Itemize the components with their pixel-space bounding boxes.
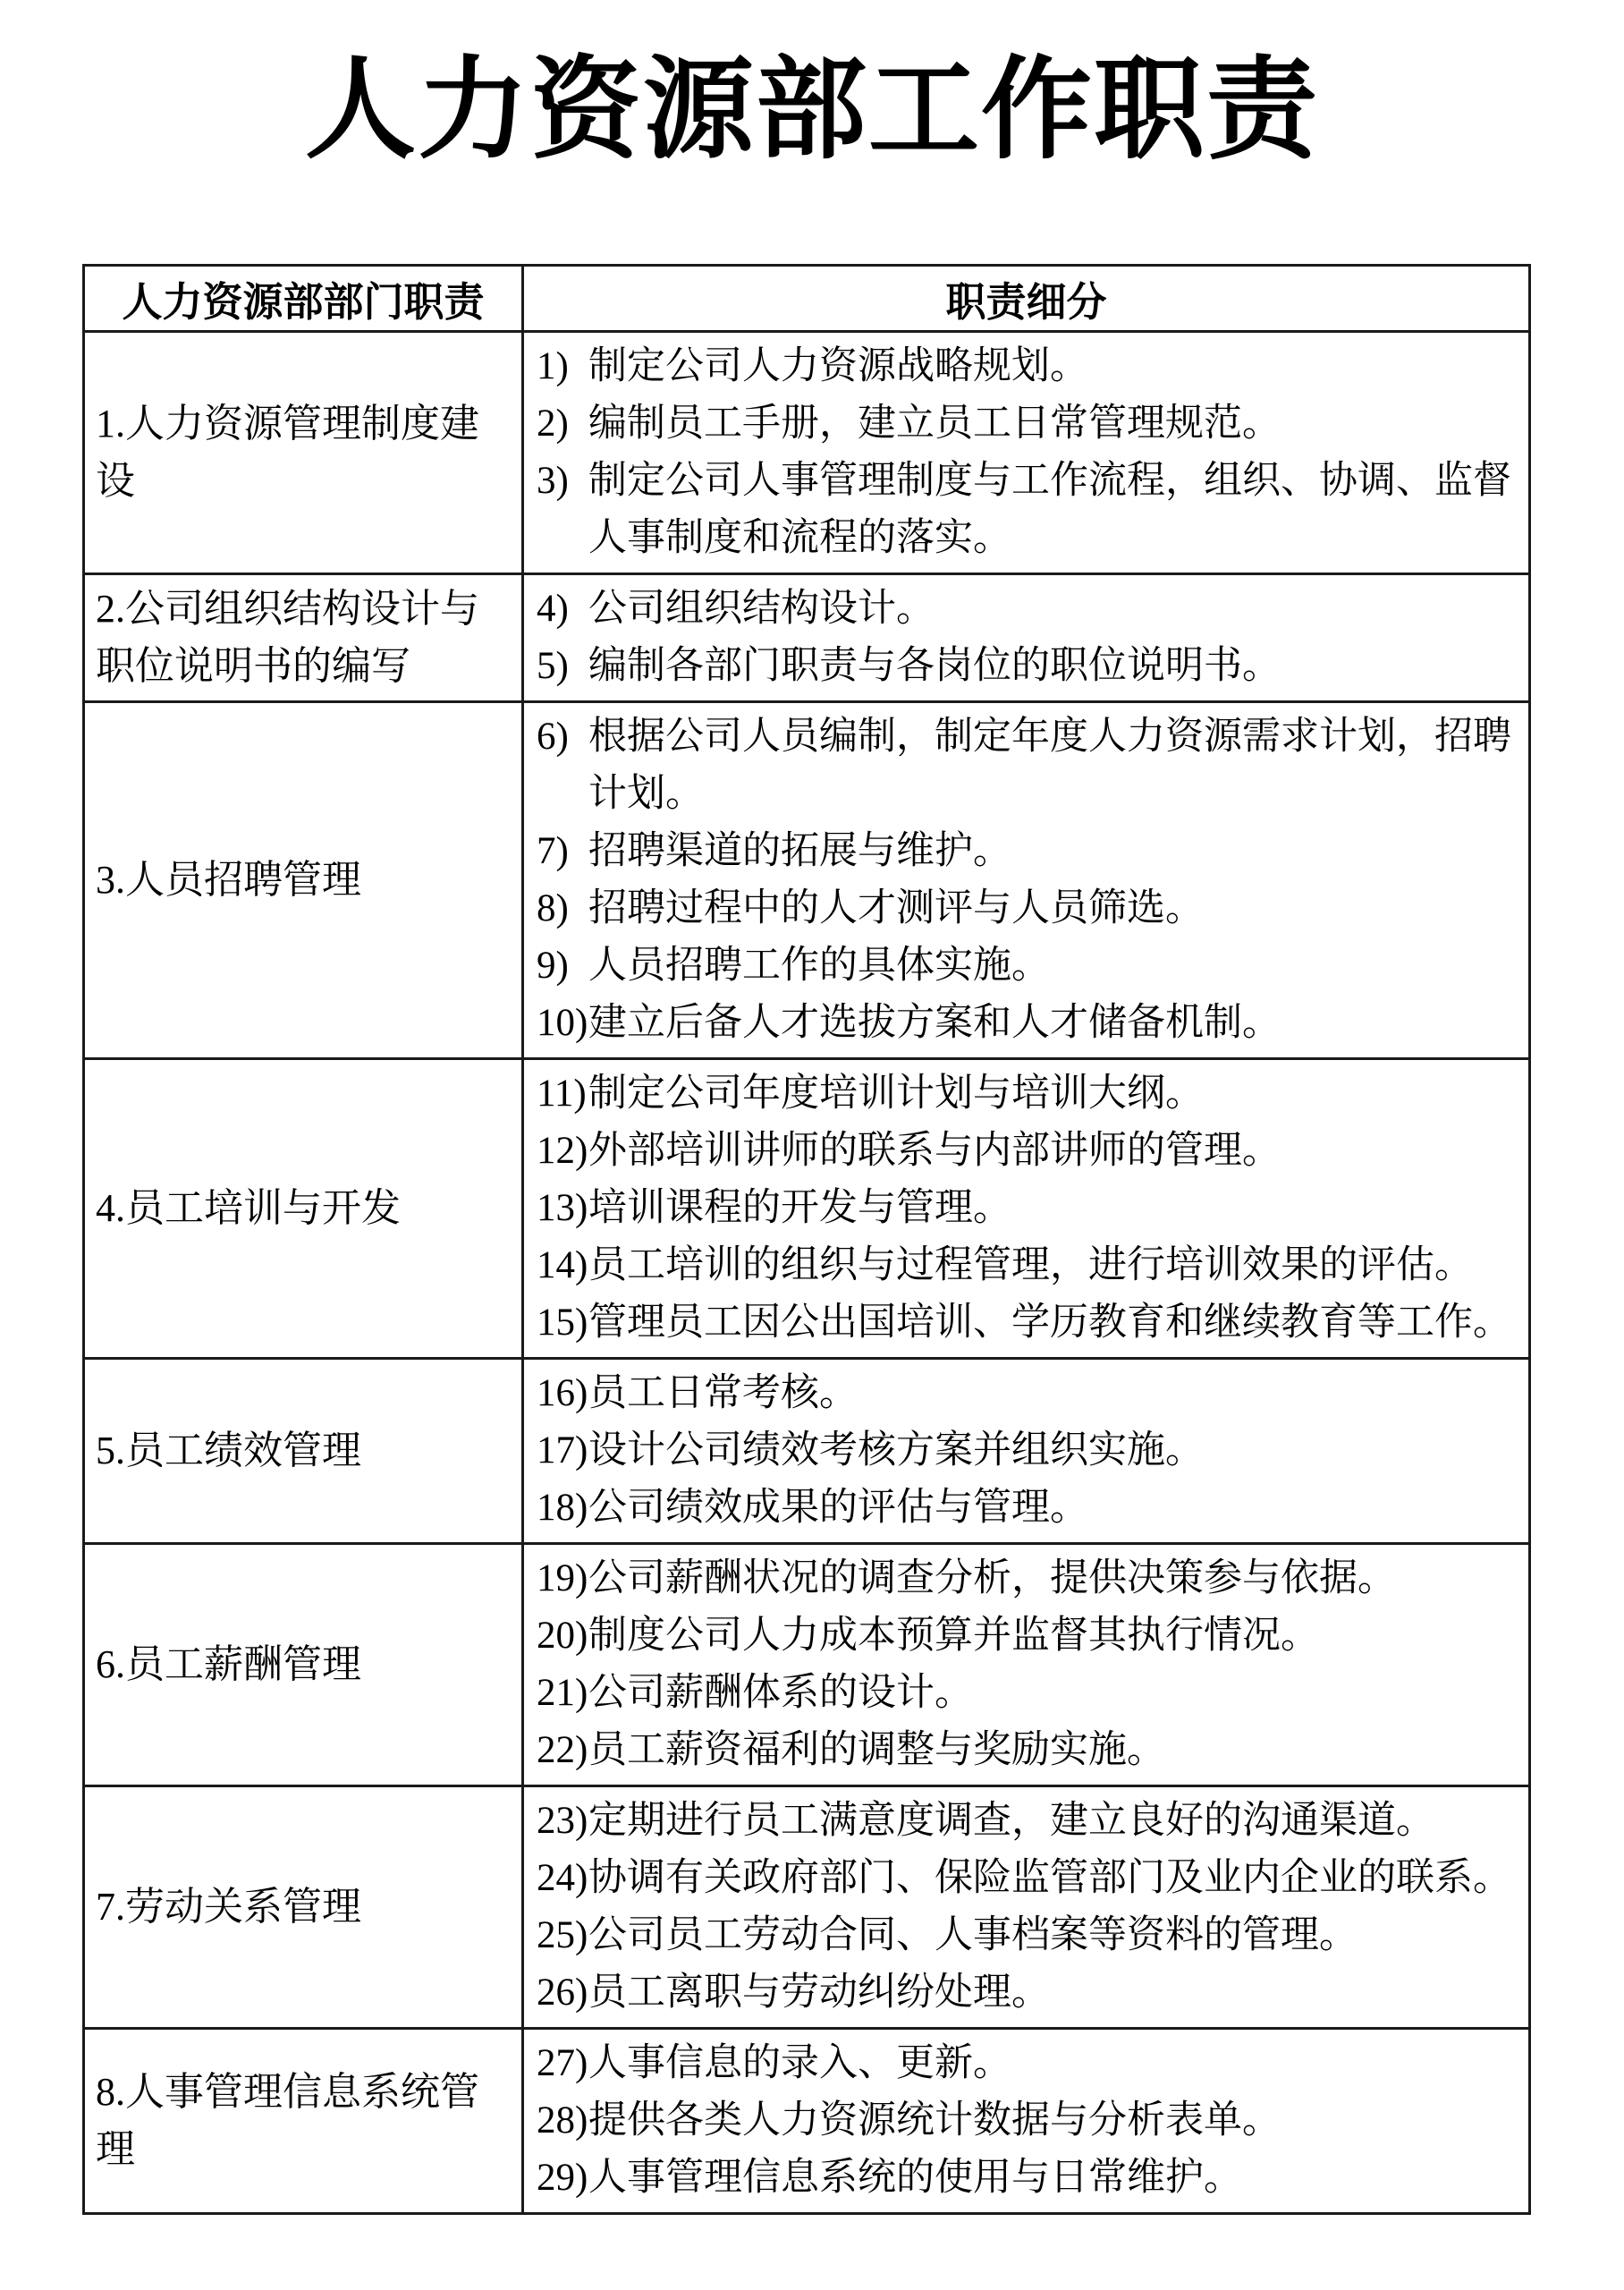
detail-item: 6)根据公司人员编制，制定年度人力资源需求计划，招聘计划。 — [537, 708, 1525, 823]
item-text: 公司绩效成果的评估与管理。 — [588, 1480, 1525, 1537]
item-number: 28) — [537, 2092, 588, 2150]
page-title: 人力资源部工作职责 — [0, 47, 1624, 174]
header-duty-breakdown: 职责细分 — [523, 266, 1530, 332]
table-row: 3.人员招聘管理6)根据公司人员编制，制定年度人力资源需求计划，招聘计划。7)招… — [84, 702, 1530, 1059]
item-number: 12) — [537, 1123, 588, 1180]
item-number: 3) — [537, 453, 588, 510]
detail-item: 1)制定公司人力资源战略规划。 — [537, 338, 1525, 395]
item-text: 公司员工劳动合同、人事档案等资料的管理。 — [588, 1907, 1525, 1964]
item-text: 培训课程的开发与管理。 — [588, 1180, 1525, 1237]
detail-item: 26)员工离职与劳动纠纷处理。 — [537, 1964, 1525, 2022]
detail-item: 8)招聘过程中的人才测评与人员筛选。 — [537, 880, 1525, 937]
item-text: 根据公司人员编制，制定年度人力资源需求计划，招聘计划。 — [588, 708, 1525, 823]
detail-item: 9)人员招聘工作的具体实施。 — [537, 937, 1525, 995]
item-number: 17) — [537, 1422, 588, 1480]
item-text: 招聘过程中的人才测评与人员筛选。 — [588, 880, 1525, 937]
item-number: 21) — [537, 1665, 588, 1722]
item-text: 公司组织结构设计。 — [588, 581, 1525, 638]
item-number: 22) — [537, 1722, 588, 1779]
detail-item: 17)设计公司绩效考核方案并组织实施。 — [537, 1422, 1525, 1480]
details-cell: 27)人事信息的录入、更新。28)提供各类人力资源统计数据与分析表单。29)人事… — [523, 2029, 1530, 2214]
category-cell: 2.公司组织结构设计与职位说明书的编写 — [84, 574, 523, 702]
item-number: 16) — [537, 1365, 588, 1422]
detail-item: 25)公司员工劳动合同、人事档案等资料的管理。 — [537, 1907, 1525, 1964]
item-text: 员工薪资福利的调整与奖励实施。 — [588, 1722, 1525, 1779]
item-number: 1) — [537, 338, 588, 395]
item-number: 15) — [537, 1294, 588, 1352]
category-cell: 4.员工培训与开发 — [84, 1059, 523, 1359]
table-header: 人力资源部部门职责 职责细分 — [84, 266, 1530, 332]
detail-item: 13)培训课程的开发与管理。 — [537, 1180, 1525, 1237]
detail-item: 16)员工日常考核。 — [537, 1365, 1525, 1422]
table-row: 6.员工薪酬管理19)公司薪酬状况的调查分析，提供决策参与依据。20)制度公司人… — [84, 1544, 1530, 1786]
item-number: 6) — [537, 708, 588, 766]
item-number: 23) — [537, 1793, 588, 1850]
detail-item: 27)人事信息的录入、更新。 — [537, 2035, 1525, 2092]
item-number: 26) — [537, 1964, 588, 2022]
detail-item: 5)编制各部门职责与各岗位的职位说明书。 — [537, 638, 1525, 695]
item-number: 25) — [537, 1907, 588, 1964]
item-number: 14) — [537, 1237, 588, 1294]
category-cell: 5.员工绩效管理 — [84, 1359, 523, 1544]
item-number: 5) — [537, 638, 588, 695]
detail-item: 24)协调有关政府部门、保险监管部门及业内企业的联系。 — [537, 1850, 1525, 1907]
details-cell: 1)制定公司人力资源战略规划。2)编制员工手册，建立员工日常管理规范。3)制定公… — [523, 332, 1530, 574]
category-cell: 6.员工薪酬管理 — [84, 1544, 523, 1786]
category-cell: 8.人事管理信息系统管理 — [84, 2029, 523, 2214]
detail-item: 7)招聘渠道的拓展与维护。 — [537, 823, 1525, 880]
details-cell: 19)公司薪酬状况的调查分析，提供决策参与依据。20)制度公司人力成本预算并监督… — [523, 1544, 1530, 1786]
table-row: 4.员工培训与开发11)制定公司年度培训计划与培训大纲。12)外部培训讲师的联系… — [84, 1059, 1530, 1359]
detail-item: 12)外部培训讲师的联系与内部讲师的管理。 — [537, 1123, 1525, 1180]
details-cell: 16)员工日常考核。17)设计公司绩效考核方案并组织实施。18)公司绩效成果的评… — [523, 1359, 1530, 1544]
item-number: 27) — [537, 2035, 588, 2092]
detail-item: 11)制定公司年度培训计划与培训大纲。 — [537, 1065, 1525, 1123]
item-text: 外部培训讲师的联系与内部讲师的管理。 — [588, 1123, 1525, 1180]
item-text: 招聘渠道的拓展与维护。 — [588, 823, 1525, 880]
item-number: 20) — [537, 1607, 588, 1665]
item-text: 公司薪酬体系的设计。 — [588, 1665, 1525, 1722]
table-row: 1.人力资源管理制度建设1)制定公司人力资源战略规划。2)编制员工手册，建立员工… — [84, 332, 1530, 574]
item-text: 公司薪酬状况的调查分析，提供决策参与依据。 — [588, 1550, 1525, 1607]
detail-item: 19)公司薪酬状况的调查分析，提供决策参与依据。 — [537, 1550, 1525, 1607]
item-text: 员工日常考核。 — [588, 1365, 1525, 1422]
item-number: 13) — [537, 1180, 588, 1237]
detail-item: 21)公司薪酬体系的设计。 — [537, 1665, 1525, 1722]
item-number: 8) — [537, 880, 588, 937]
detail-item: 2)编制员工手册，建立员工日常管理规范。 — [537, 395, 1525, 453]
detail-item: 20)制度公司人力成本预算并监督其执行情况。 — [537, 1607, 1525, 1665]
detail-item: 22)员工薪资福利的调整与奖励实施。 — [537, 1722, 1525, 1779]
item-number: 10) — [537, 995, 588, 1052]
details-cell: 4)公司组织结构设计。5)编制各部门职责与各岗位的职位说明书。 — [523, 574, 1530, 702]
item-number: 9) — [537, 937, 588, 995]
category-cell: 3.人员招聘管理 — [84, 702, 523, 1059]
item-text: 制定公司年度培训计划与培训大纲。 — [588, 1065, 1525, 1123]
item-text: 员工离职与劳动纠纷处理。 — [588, 1964, 1525, 2022]
item-number: 7) — [537, 823, 588, 880]
item-text: 员工培训的组织与过程管理，进行培训效果的评估。 — [588, 1237, 1525, 1294]
item-text: 协调有关政府部门、保险监管部门及业内企业的联系。 — [588, 1850, 1525, 1907]
item-text: 人事管理信息系统的使用与日常维护。 — [588, 2150, 1525, 2207]
item-number: 18) — [537, 1480, 588, 1537]
details-cell: 23)定期进行员工满意度调查，建立良好的沟通渠道。24)协调有关政府部门、保险监… — [523, 1786, 1530, 2029]
detail-item: 28)提供各类人力资源统计数据与分析表单。 — [537, 2092, 1525, 2150]
item-number: 29) — [537, 2150, 588, 2207]
detail-item: 29)人事管理信息系统的使用与日常维护。 — [537, 2150, 1525, 2207]
item-text: 编制各部门职责与各岗位的职位说明书。 — [588, 638, 1525, 695]
detail-item: 14)员工培训的组织与过程管理，进行培训效果的评估。 — [537, 1237, 1525, 1294]
detail-item: 10)建立后备人才选拔方案和人才储备机制。 — [537, 995, 1525, 1052]
table-row: 7.劳动关系管理23)定期进行员工满意度调查，建立良好的沟通渠道。24)协调有关… — [84, 1786, 1530, 2029]
header-row: 人力资源部部门职责 职责细分 — [84, 266, 1530, 332]
detail-item: 15)管理员工因公出国培训、学历教育和继续教育等工作。 — [537, 1294, 1525, 1352]
item-text: 编制员工手册，建立员工日常管理规范。 — [588, 395, 1525, 453]
item-text: 建立后备人才选拔方案和人才储备机制。 — [588, 995, 1525, 1052]
responsibilities-table: 人力资源部部门职责 职责细分 1.人力资源管理制度建设1)制定公司人力资源战略规… — [82, 264, 1531, 2215]
detail-item: 3)制定公司人事管理制度与工作流程，组织、协调、监督人事制度和流程的落实。 — [537, 453, 1525, 567]
item-text: 管理员工因公出国培训、学历教育和继续教育等工作。 — [588, 1294, 1525, 1352]
item-text: 设计公司绩效考核方案并组织实施。 — [588, 1422, 1525, 1480]
detail-item: 18)公司绩效成果的评估与管理。 — [537, 1480, 1525, 1537]
header-department-duties: 人力资源部部门职责 — [84, 266, 523, 332]
item-number: 19) — [537, 1550, 588, 1607]
item-number: 2) — [537, 395, 588, 453]
table-row: 5.员工绩效管理16)员工日常考核。17)设计公司绩效考核方案并组织实施。18)… — [84, 1359, 1530, 1544]
table-row: 2.公司组织结构设计与职位说明书的编写4)公司组织结构设计。5)编制各部门职责与… — [84, 574, 1530, 702]
item-text: 人事信息的录入、更新。 — [588, 2035, 1525, 2092]
category-cell: 1.人力资源管理制度建设 — [84, 332, 523, 574]
item-text: 制定公司人事管理制度与工作流程，组织、协调、监督人事制度和流程的落实。 — [588, 453, 1525, 567]
detail-item: 23)定期进行员工满意度调查，建立良好的沟通渠道。 — [537, 1793, 1525, 1850]
table-body: 1.人力资源管理制度建设1)制定公司人力资源战略规划。2)编制员工手册，建立员工… — [84, 332, 1530, 2214]
details-cell: 11)制定公司年度培训计划与培训大纲。12)外部培训讲师的联系与内部讲师的管理。… — [523, 1059, 1530, 1359]
item-text: 制定公司人力资源战略规划。 — [588, 338, 1525, 395]
item-text: 提供各类人力资源统计数据与分析表单。 — [588, 2092, 1525, 2150]
item-number: 24) — [537, 1850, 588, 1907]
category-cell: 7.劳动关系管理 — [84, 1786, 523, 2029]
item-number: 11) — [537, 1065, 588, 1123]
table-row: 8.人事管理信息系统管理27)人事信息的录入、更新。28)提供各类人力资源统计数… — [84, 2029, 1530, 2214]
item-text: 制度公司人力成本预算并监督其执行情况。 — [588, 1607, 1525, 1665]
details-cell: 6)根据公司人员编制，制定年度人力资源需求计划，招聘计划。7)招聘渠道的拓展与维… — [523, 702, 1530, 1059]
item-number: 4) — [537, 581, 588, 638]
item-text: 人员招聘工作的具体实施。 — [588, 937, 1525, 995]
detail-item: 4)公司组织结构设计。 — [537, 581, 1525, 638]
item-text: 定期进行员工满意度调查，建立良好的沟通渠道。 — [588, 1793, 1525, 1850]
